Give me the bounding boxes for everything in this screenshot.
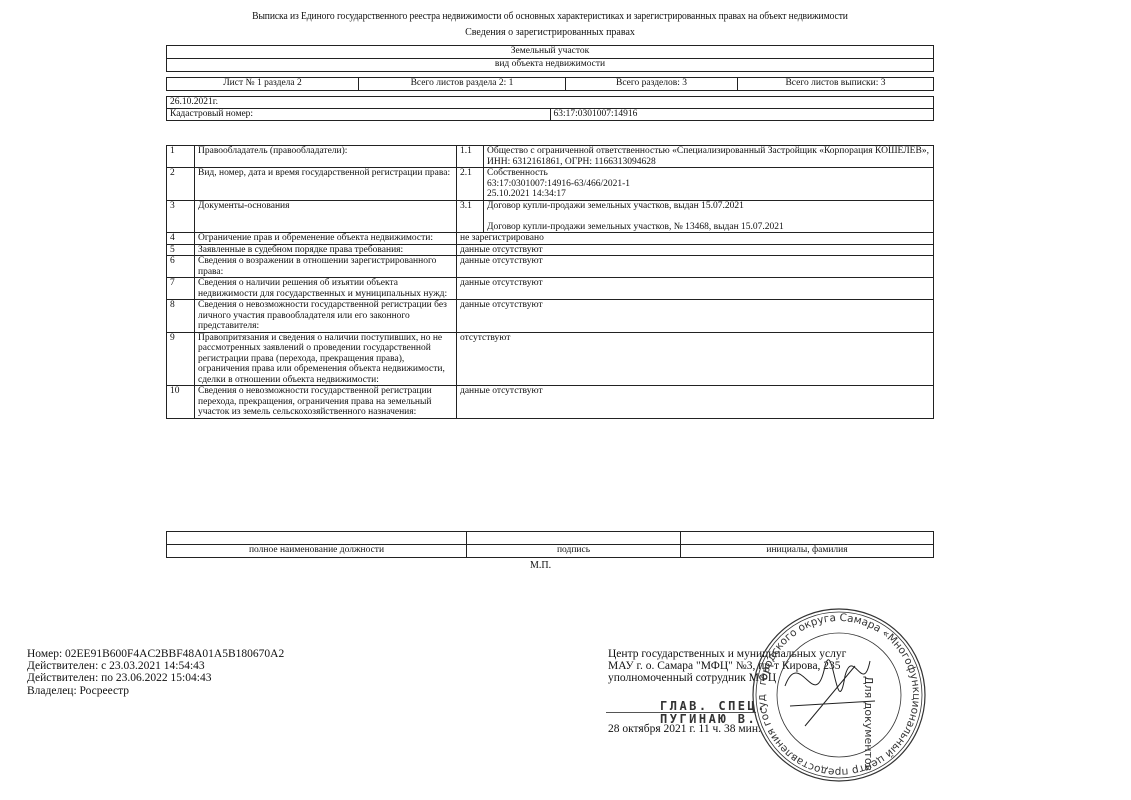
rights-row: 3Документы-основания3.1Договор купли-про… (167, 200, 934, 233)
row-label: Документы-основания (195, 200, 457, 233)
name-field (681, 532, 934, 545)
row-label: Заявленные в судебном порядке права треб… (195, 244, 457, 256)
certificate-valid-from: Действителен: с 23.03.2021 14:54:43 (27, 660, 284, 672)
issue-date: 28 октября 2021 г. 11 ч. 38 мин. (608, 723, 761, 735)
signature-caption: подпись (467, 545, 681, 558)
row-subnumber: 2.1 (457, 168, 484, 201)
row-value: не зарегистрировано (457, 233, 934, 245)
rights-table: 1Правообладатель (правообладатели):1.1Об… (166, 145, 934, 419)
handwritten-signature-icon (785, 660, 875, 726)
row-label: Сведения о невозможности государственной… (195, 300, 457, 333)
row-label: Правообладатель (правообладатели): (195, 146, 457, 168)
object-type: Земельный участок (167, 46, 934, 59)
meta-table: 26.10.2021г. Кадастровый номер: 63:17:03… (166, 96, 934, 121)
row-number: 10 (167, 386, 195, 419)
row-value: Общество с ограниченной ответственностью… (484, 146, 934, 168)
rights-row: 2Вид, номер, дата и время государственно… (167, 168, 934, 201)
certificate-valid-to: Действителен: по 23.06.2022 15:04:43 (27, 672, 284, 684)
object-type-caption: вид объекта недвижимости (167, 59, 934, 72)
row-number: 2 (167, 168, 195, 201)
row-label: Сведения о невозможности государственной… (195, 386, 457, 419)
row-subnumber: 1.1 (457, 146, 484, 168)
rights-row: 9Правопритязания и сведения о наличии по… (167, 332, 934, 386)
row-number: 5 (167, 244, 195, 256)
row-number: 3 (167, 200, 195, 233)
certificate-owner: Владелец: Росреестр (27, 685, 284, 697)
sheet-number: Лист № 1 раздела 2 (167, 78, 359, 91)
row-value: данные отсутствуют (457, 300, 934, 333)
row-number: 7 (167, 278, 195, 300)
rights-row: 5Заявленные в судебном порядке права тре… (167, 244, 934, 256)
row-number: 9 (167, 332, 195, 386)
row-number: 1 (167, 146, 195, 168)
sections-total: Всего разделов: 3 (566, 78, 738, 91)
sheets-in-section: Всего листов раздела 2: 1 (359, 78, 566, 91)
cadastral-label: Кадастровый номер: (167, 109, 551, 121)
row-value: Договор купли-продажи земельных участков… (484, 200, 934, 233)
rights-row: 8Сведения о невозможности государственно… (167, 300, 934, 333)
cadastral-number: 63:17:0301007:14916 (550, 109, 934, 121)
rights-row: 4Ограничение прав и обременение объекта … (167, 233, 934, 245)
row-value: отсутствуют (457, 332, 934, 386)
row-label: Вид, номер, дата и время государственной… (195, 168, 457, 201)
certificate-number: Номер: 02EE91B600F4AC2BBF48A01A5B180670A… (27, 648, 284, 660)
row-label: Сведения о возражении в отношении зареги… (195, 256, 457, 278)
row-number: 4 (167, 233, 195, 245)
row-value: Собственность63:17:0301007:14916-63/466/… (484, 168, 934, 201)
document-title: Выписка из Единого государственного реес… (22, 11, 1078, 22)
position-field (167, 532, 467, 545)
document-subtitle: Сведения о зарегистрированных правах (0, 27, 1100, 38)
sheets-total: Всего листов выписки: 3 (738, 78, 934, 91)
rights-row: 1Правообладатель (правообладатели):1.1Об… (167, 146, 934, 168)
signature-field (467, 532, 681, 545)
name-caption: инициалы, фамилия (681, 545, 934, 558)
position-caption: полное наименование должности (167, 545, 467, 558)
extract-date: 26.10.2021г. (167, 97, 934, 109)
row-label: Сведения о наличии решения об изъятии об… (195, 278, 457, 300)
row-value: данные отсутствуют (457, 386, 934, 419)
row-value: данные отсутствуют (457, 278, 934, 300)
round-seal-icon: городского округа Самара «Многофункциона… (745, 606, 933, 784)
certificate-info: Номер: 02EE91B600F4AC2BBF48A01A5B180670A… (27, 648, 284, 697)
row-subnumber: 3.1 (457, 200, 484, 233)
rights-row: 7Сведения о наличии решения об изъятии о… (167, 278, 934, 300)
row-value: данные отсутствуют (457, 256, 934, 278)
row-label: Правопритязания и сведения о наличии пос… (195, 332, 457, 386)
row-number: 8 (167, 300, 195, 333)
row-label: Ограничение прав и обременение объекта н… (195, 233, 457, 245)
object-type-table: Земельный участок вид объекта недвижимос… (166, 45, 934, 72)
row-number: 6 (167, 256, 195, 278)
seal-place-caption: М.П. (530, 560, 551, 571)
row-value: данные отсутствуют (457, 244, 934, 256)
rights-row: 10Сведения о невозможности государственн… (167, 386, 934, 419)
rights-row: 6Сведения о возражении в отношении зарег… (167, 256, 934, 278)
sheet-info-table: Лист № 1 раздела 2 Всего листов раздела … (166, 77, 934, 91)
signature-table: полное наименование должности подпись ин… (166, 531, 934, 558)
seal-inner-text: Для документов (862, 676, 875, 771)
